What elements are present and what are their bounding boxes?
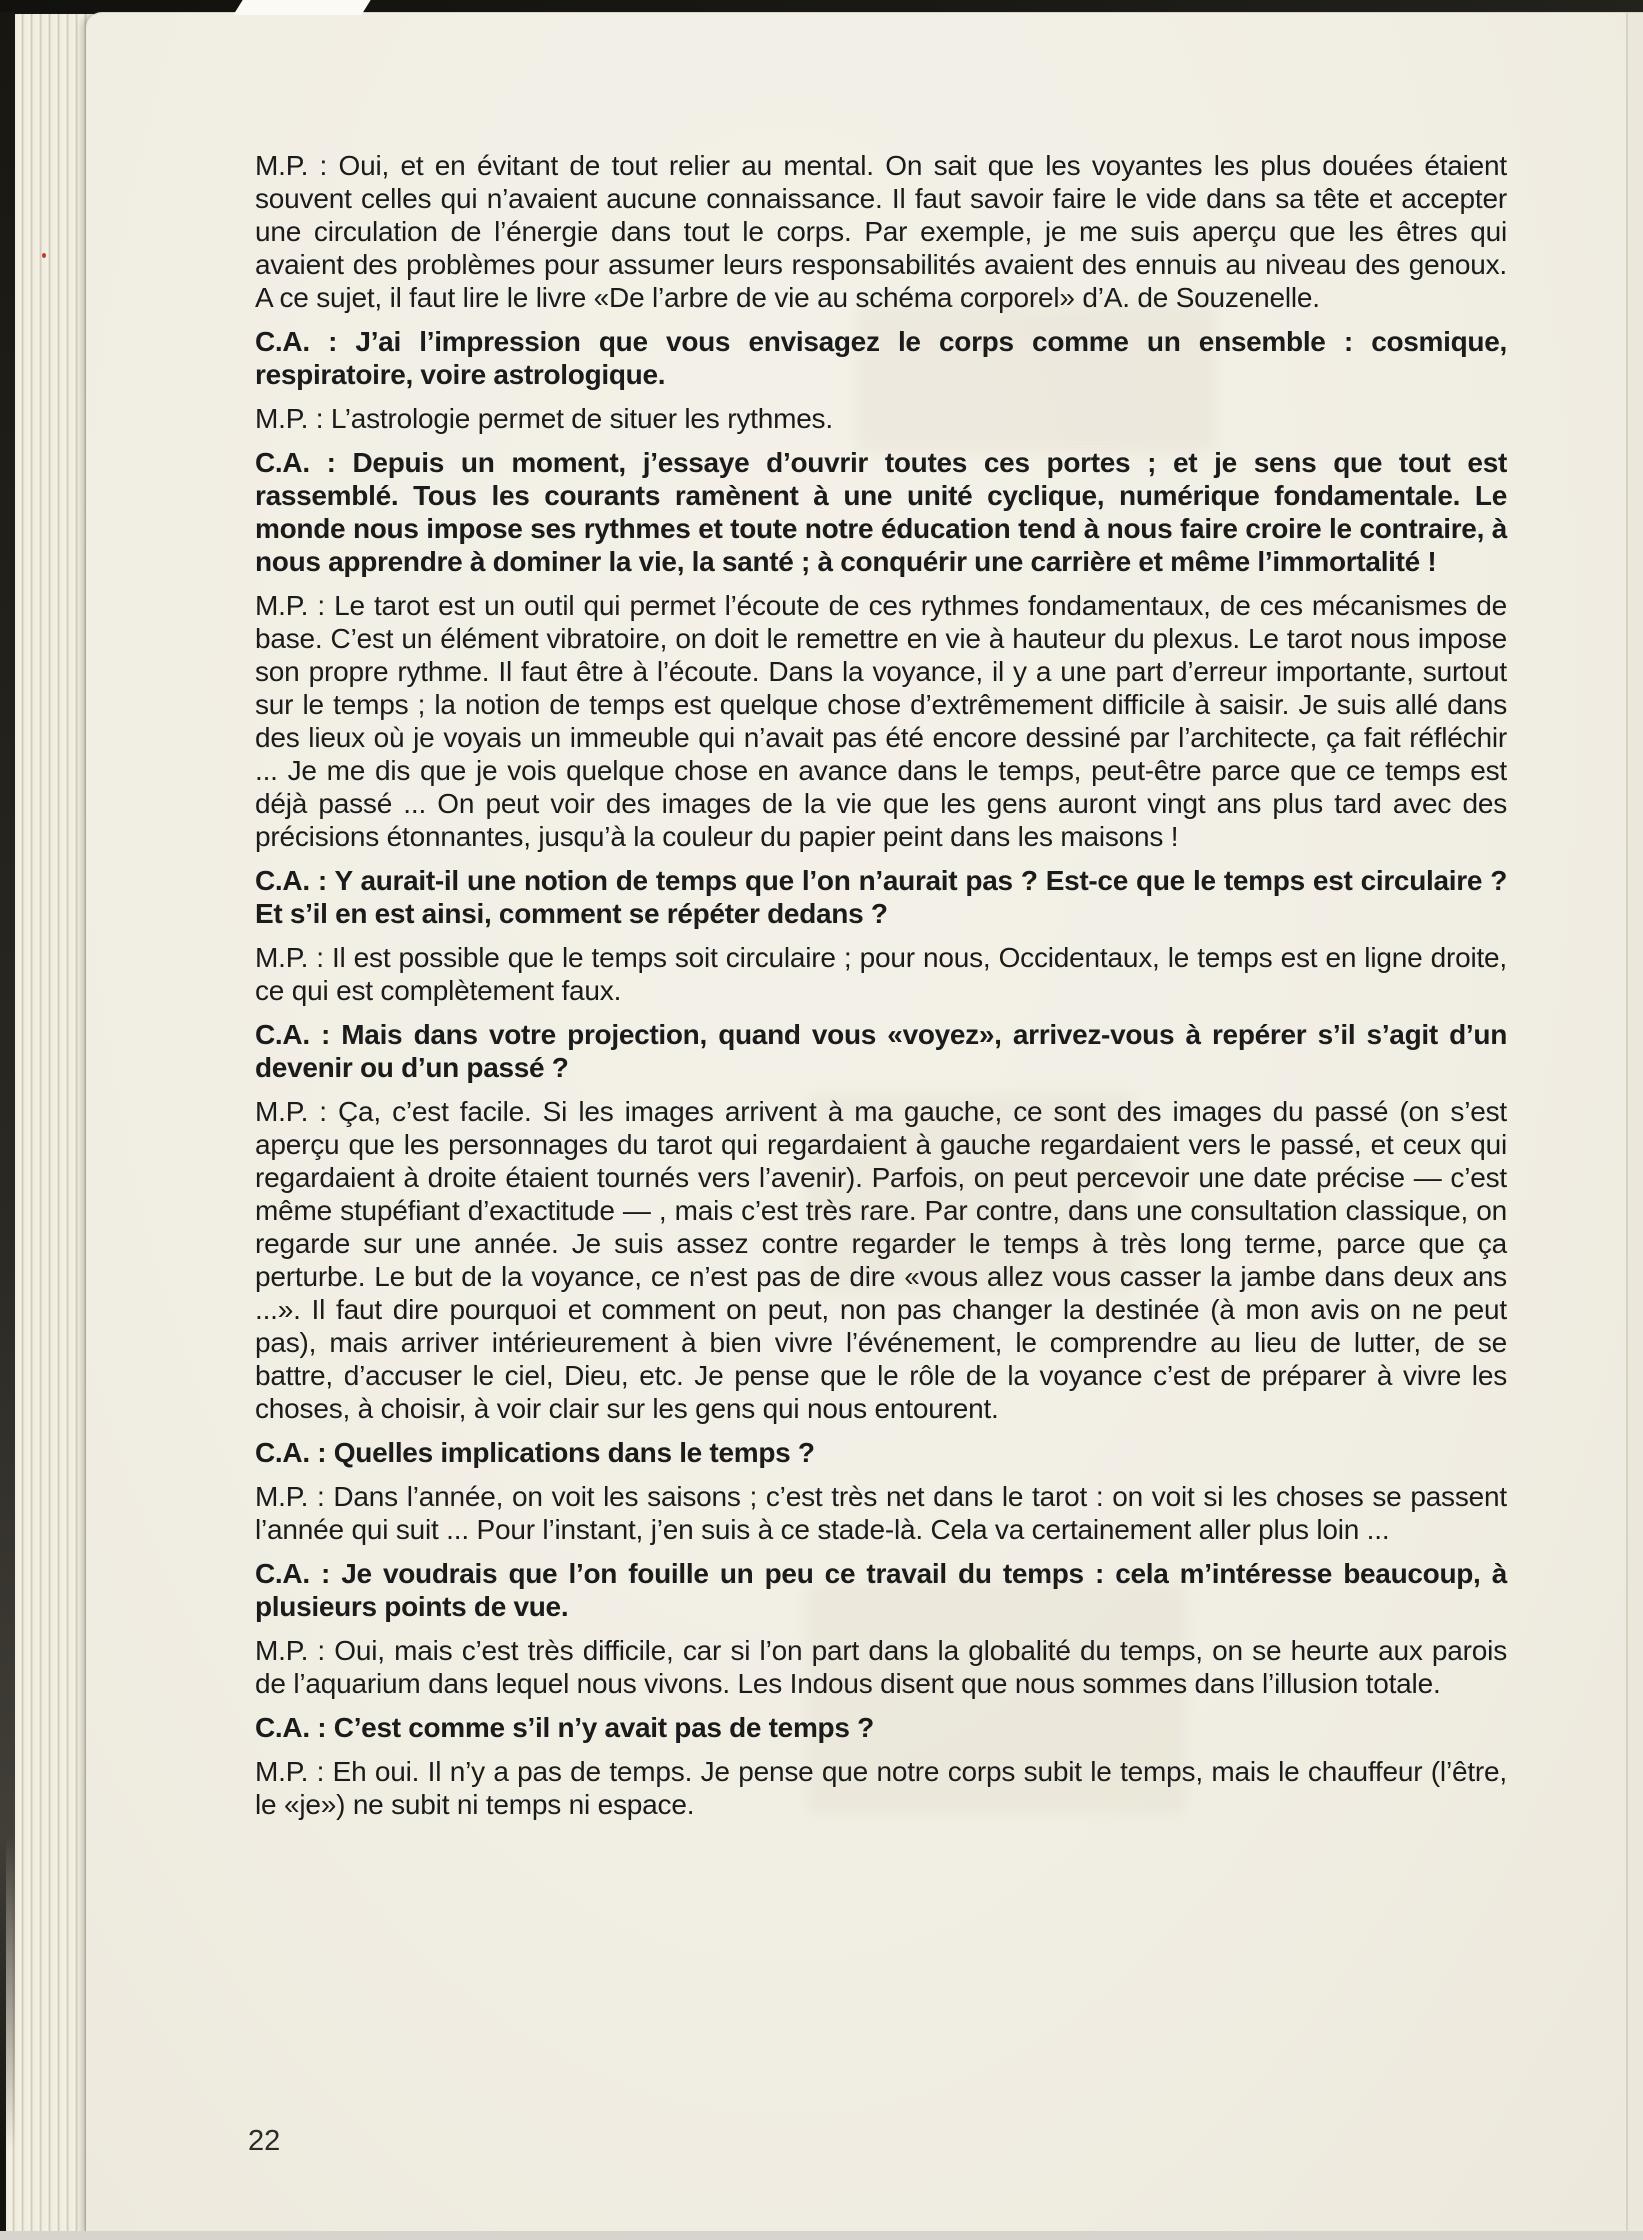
question-paragraph: C.A. : Depuis un moment, j’essaye d’ouvr…: [255, 446, 1507, 578]
page-number: 22: [248, 2125, 280, 2158]
scan-edge-left: [0, 0, 15, 2240]
interview-text: M.P. : Oui, et en évitant de tout relier…: [255, 149, 1507, 1832]
page-corner-sliver: [233, 0, 370, 15]
answer-paragraph: M.P. : Dans l’année, on voit les saisons…: [255, 1480, 1507, 1546]
question-paragraph: C.A. : Y aurait-il une notion de temps q…: [255, 864, 1507, 930]
book-page: M.P. : Oui, et en évitant de tout relier…: [86, 12, 1643, 2233]
answer-paragraph: M.P. : Il est possible que le temps soit…: [255, 941, 1507, 1007]
page-right-edge: [1626, 13, 1643, 2233]
red-speck: [42, 253, 46, 258]
page-edge-stack: [6, 14, 98, 2240]
scan-edge-bottom: [0, 2231, 1643, 2240]
question-paragraph: C.A. : J’ai l’impression que vous envisa…: [255, 325, 1507, 391]
question-paragraph: C.A. : Je voudrais que l’on fouille un p…: [255, 1557, 1507, 1623]
answer-paragraph: M.P. : Ça, c’est facile. Si les images a…: [255, 1095, 1507, 1425]
question-paragraph: C.A. : Mais dans votre projection, quand…: [255, 1018, 1507, 1084]
question-paragraph: C.A. : Quelles implications dans le temp…: [255, 1436, 1507, 1469]
question-paragraph: C.A. : C’est comme s’il n’y avait pas de…: [255, 1711, 1507, 1744]
answer-paragraph: M.P. : Eh oui. Il n’y a pas de temps. Je…: [255, 1755, 1507, 1821]
answer-paragraph: M.P. : Oui, mais c’est très difficile, c…: [255, 1634, 1507, 1700]
answer-paragraph: M.P. : Le tarot est un outil qui permet …: [255, 589, 1507, 853]
answer-paragraph: M.P. : L’astrologie permet de situer les…: [255, 402, 1507, 435]
answer-paragraph: M.P. : Oui, et en évitant de tout relier…: [255, 149, 1507, 314]
